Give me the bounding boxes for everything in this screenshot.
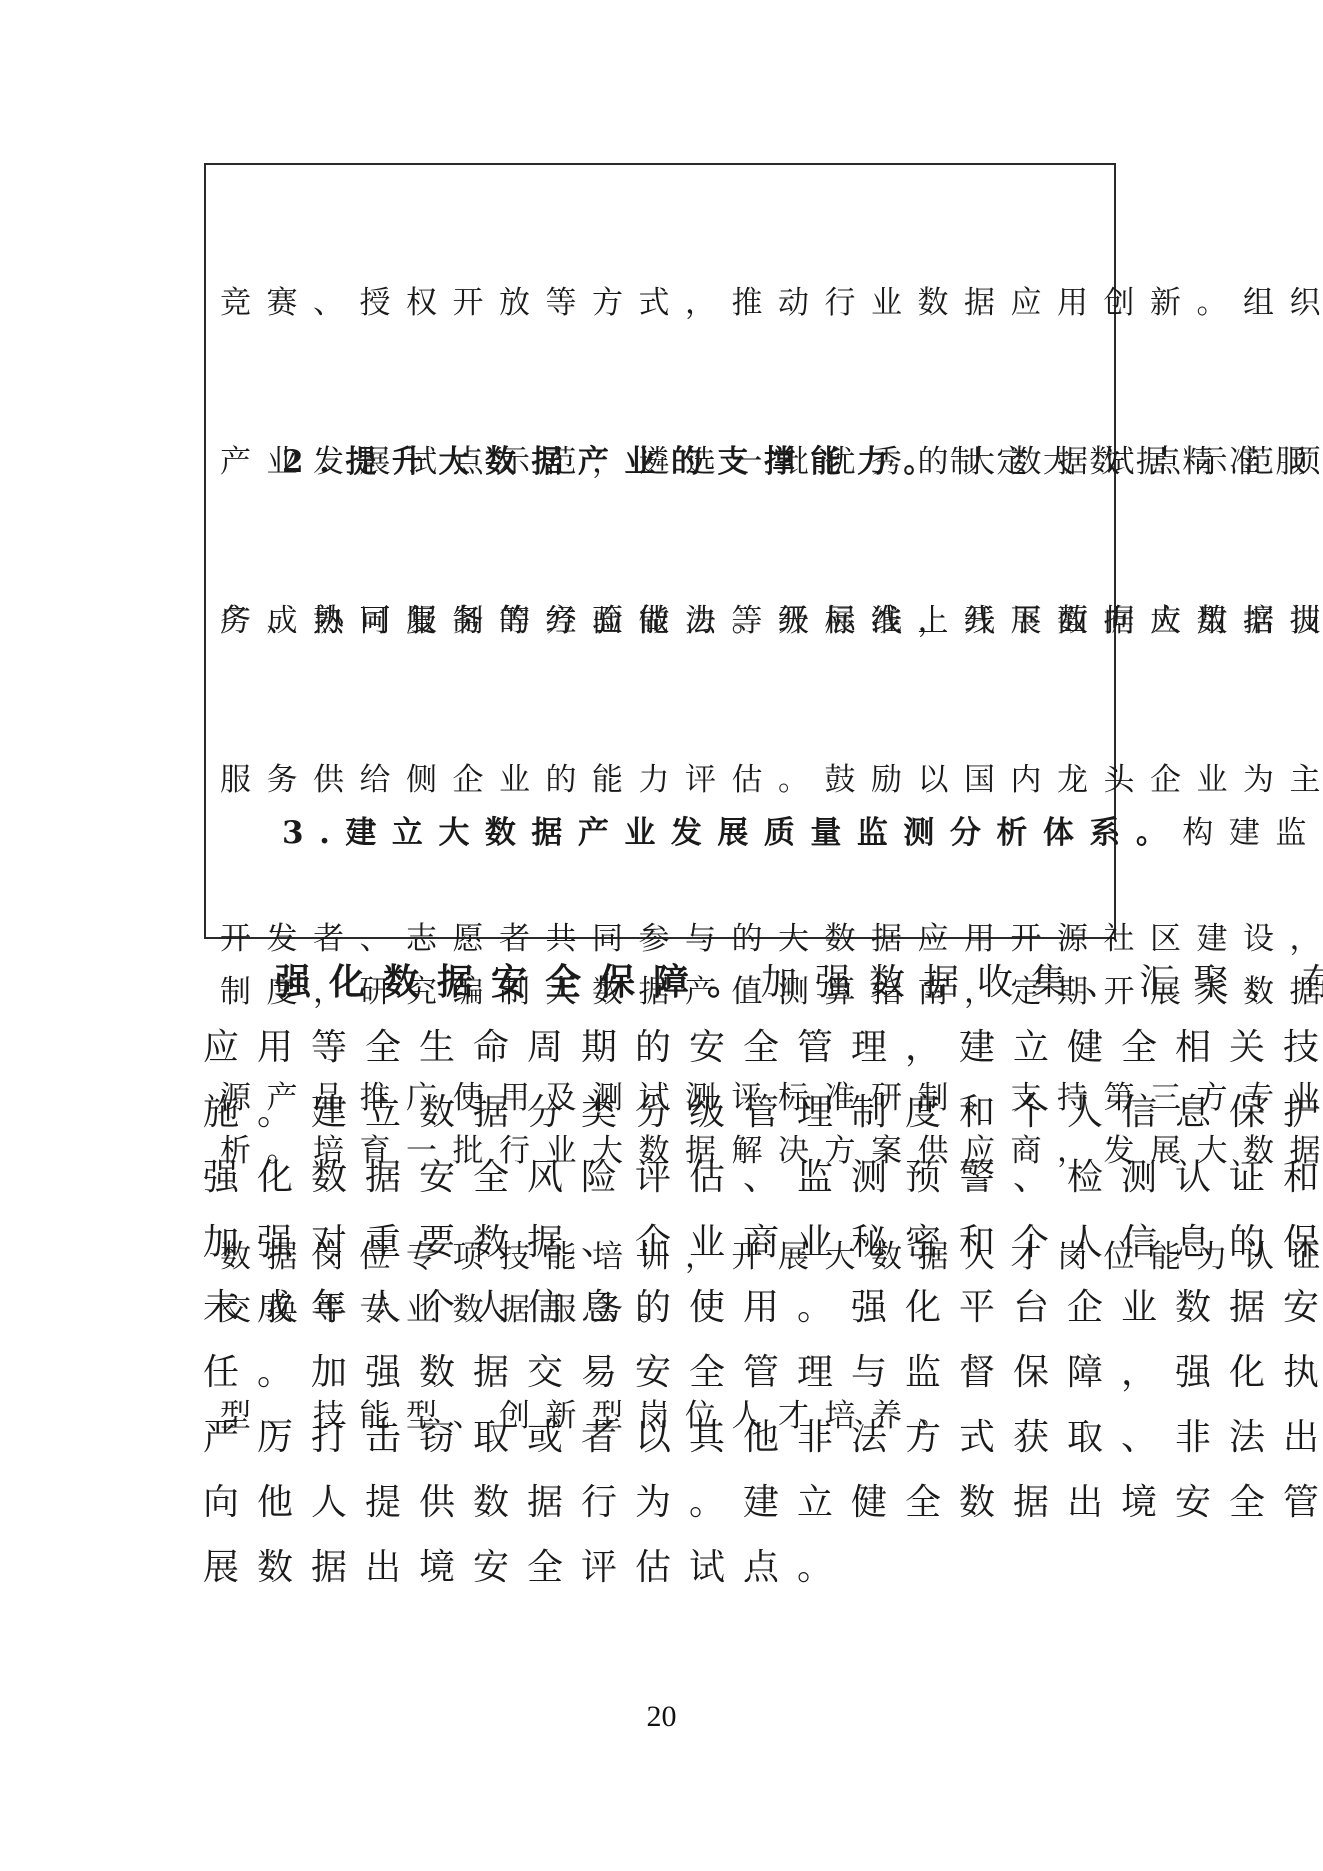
- page-number: 20: [0, 1700, 1323, 1734]
- text-line: 竞赛、授权开放等方式，推动行业数据应用创新。组织开展大数据: [220, 277, 1120, 330]
- text-line: 严厉打击窃取或者以其他非法方式获取、非法出售或者非法: [203, 1405, 1133, 1470]
- document-page: 竞赛、授权开放等方式，推动行业数据应用创新。组织开展大数据 产业发展试点示范，遴…: [0, 0, 1323, 1871]
- text-line: 应用等全生命周期的安全管理，建立健全相关技术保障措: [203, 1015, 1133, 1080]
- subsection-heading: 2.提升大数据产业的支撑能力。: [282, 444, 950, 480]
- text-line: 向他人提供数据行为。建立健全数据出境安全管理制度，开: [203, 1470, 1133, 1535]
- text-run: 制定大数据精准服务、创新服: [950, 444, 1323, 480]
- boxed-section: 竞赛、授权开放等方式，推动行业数据应用创新。组织开展大数据 产业发展试点示范，遴…: [204, 163, 1116, 939]
- text-line: 加强对重要数据、企业商业秘密和个人信息的保护，规范对: [203, 1210, 1133, 1275]
- text-line: 未成年人个人信息的使用。强化平台企业数据安全保护责: [203, 1275, 1133, 1340]
- subsection-heading: 3.建立大数据产业发展质量监测分析体系。: [282, 815, 1182, 851]
- text-line: 3.建立大数据产业发展质量监测分析体系。构建监测指标报表: [220, 807, 1120, 860]
- text-run: 构建监测指标报表: [1182, 815, 1323, 851]
- text-run: 加强数据收集、汇聚、存储、流通、: [761, 962, 1323, 1003]
- text-line: 强化数据安全风险评估、监测预警、检测认证和应急处置，: [203, 1145, 1133, 1210]
- text-line: 2.提升大数据产业的支撑能力。制定大数据精准服务、创新服: [220, 436, 1120, 489]
- text-line: 务、协同服务等方面能力等级标准，开展面向大数据技术、产品、: [220, 595, 1120, 648]
- text-line: 展数据出境安全评估试点。: [203, 1535, 1133, 1600]
- body-paragraph-data-security: 强化数据安全保障。加强数据收集、汇聚、存储、流通、 应用等全生命周期的安全管理，…: [203, 950, 1133, 1600]
- paragraph-lead-heading: 强化数据安全保障。: [275, 961, 761, 1003]
- text-line: 强化数据安全保障。加强数据收集、汇聚、存储、流通、: [203, 950, 1133, 1015]
- text-line: 施。建立数据分类分级管理制度和个人信息保护认证制度，: [203, 1080, 1133, 1145]
- text-line: 任。加强数据交易安全管理与监督保障，强化执法能力建设，: [203, 1340, 1133, 1405]
